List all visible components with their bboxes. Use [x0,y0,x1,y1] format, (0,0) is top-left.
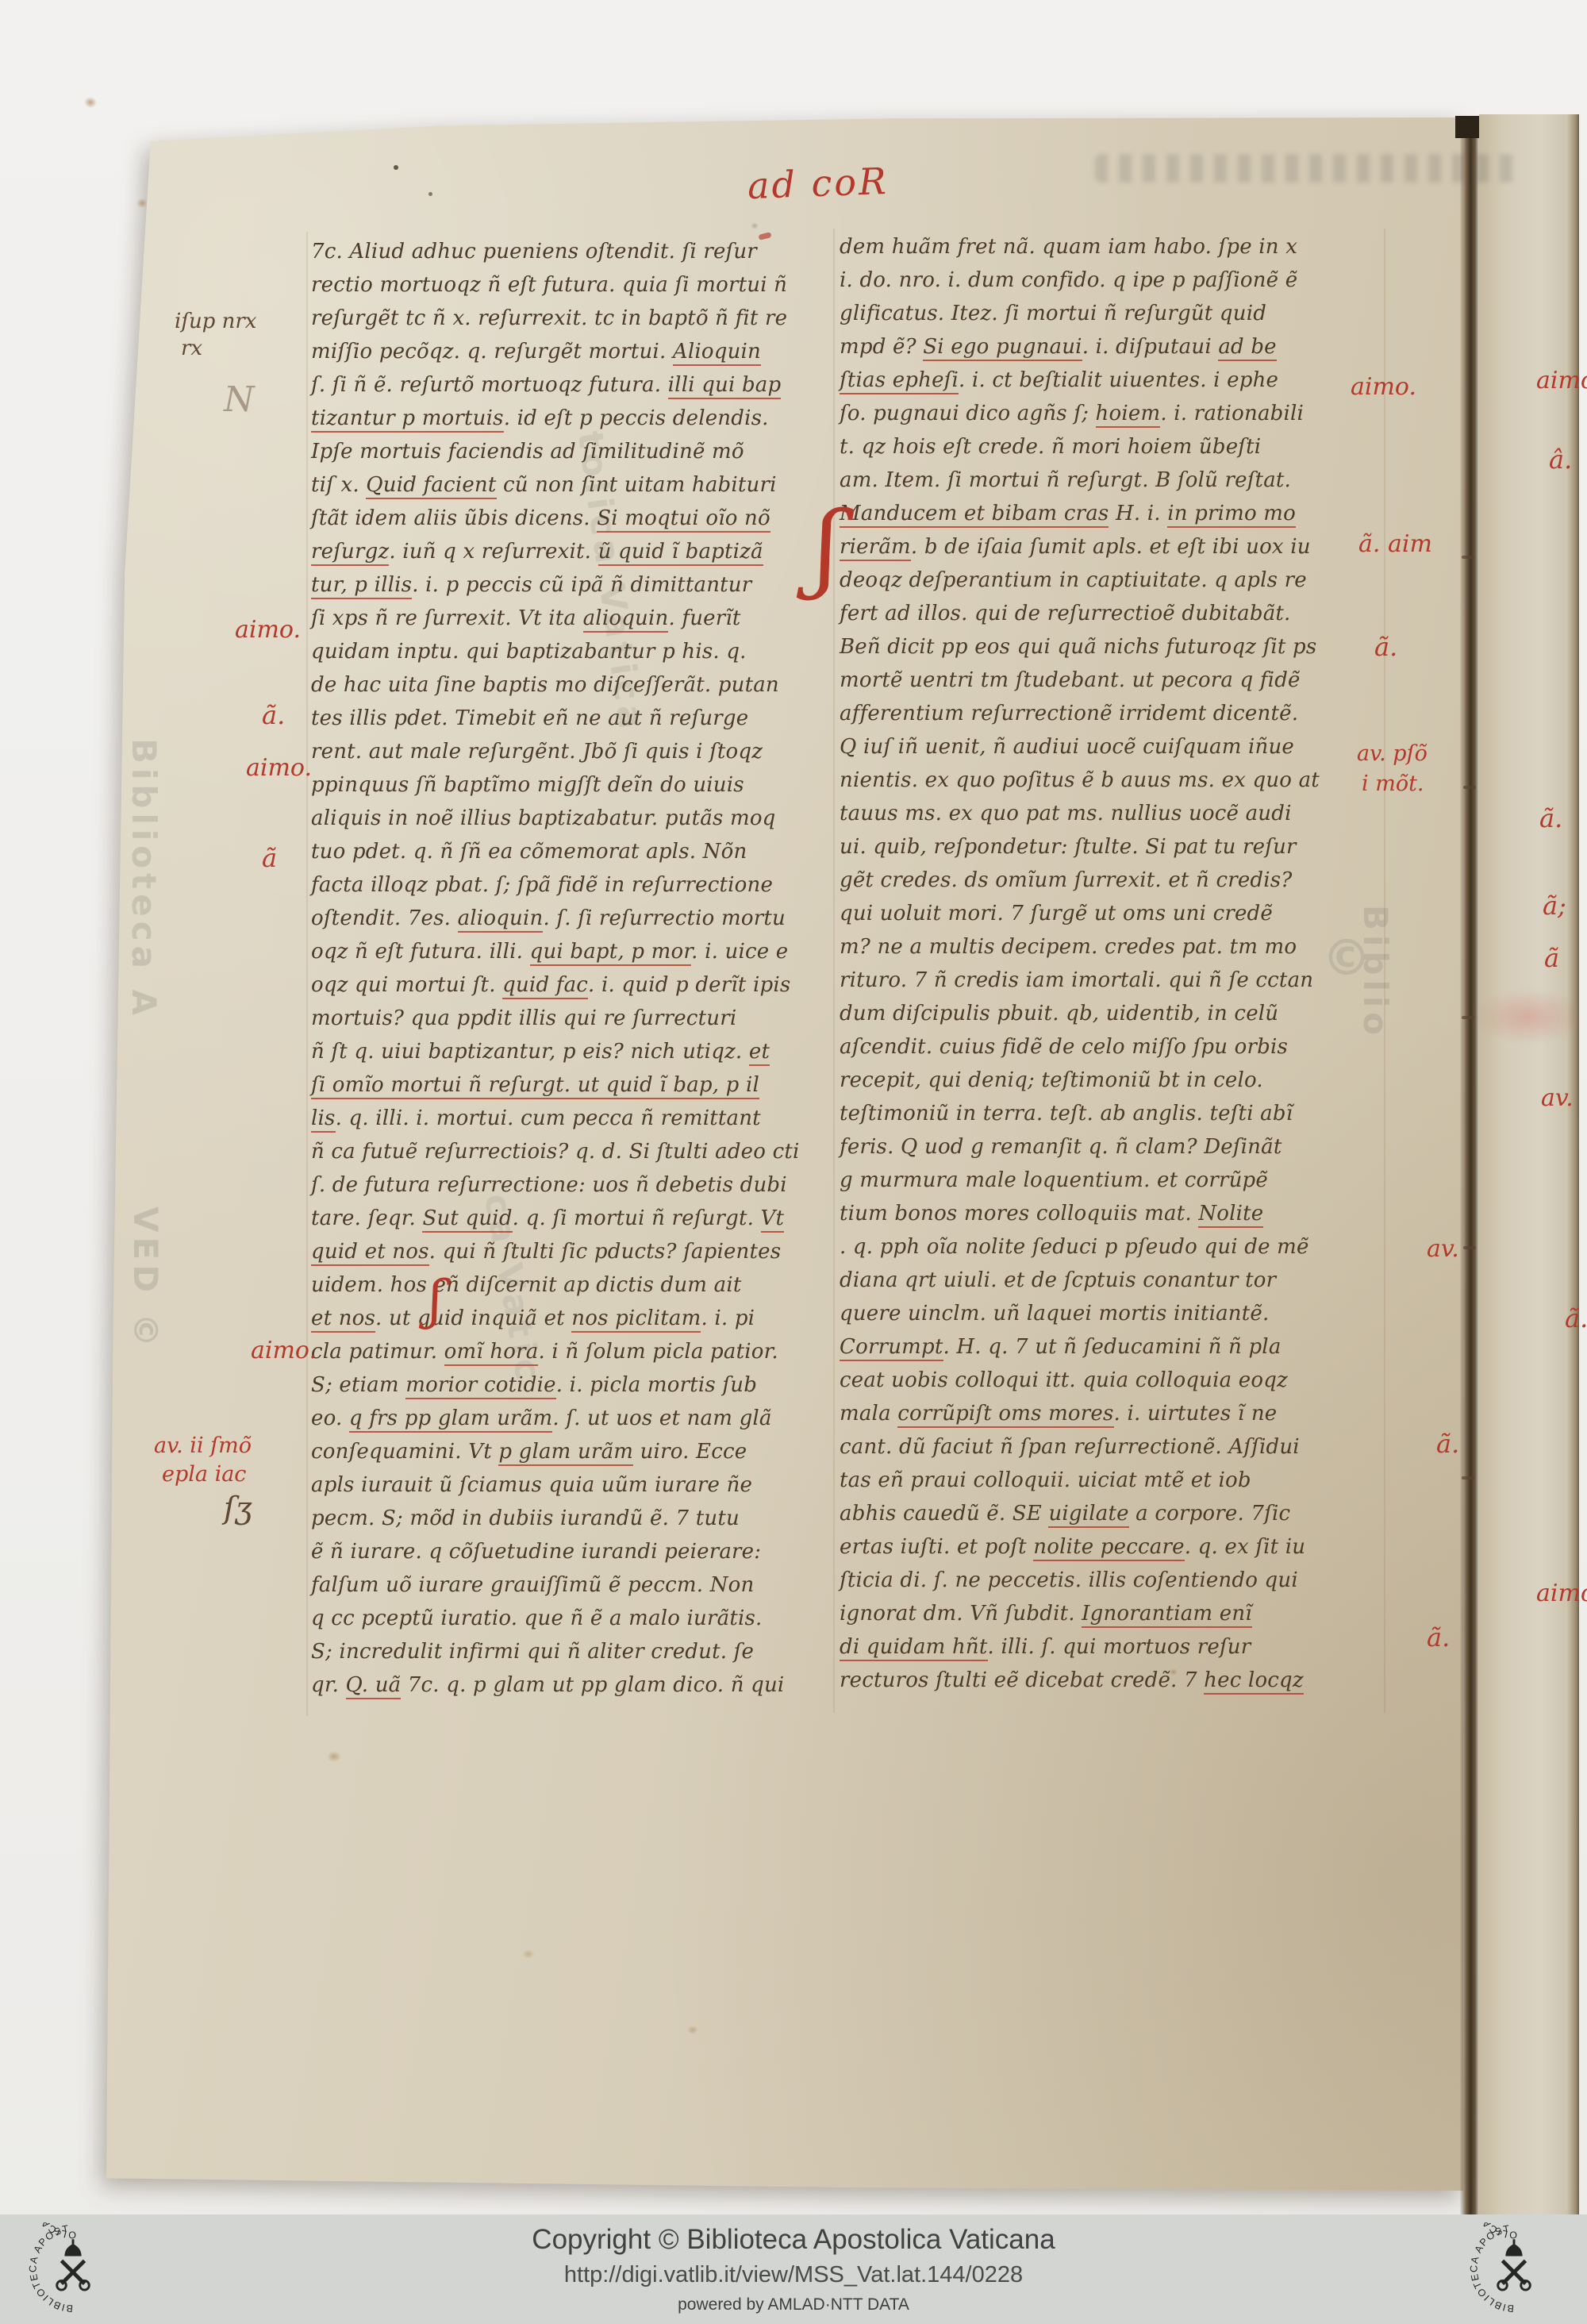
binding-stitch [1462,556,1474,559]
manuscript-line: cant. dũ faciut ñ ſpan reſurrectionẽ. Aſ… [840,1430,1357,1464]
manuscript-line: diana qrt uiuli. et de ſcptuis conantur … [840,1264,1357,1297]
binding-stitch [1463,1246,1476,1249]
manuscript-line: oſtendit. 7es. alioquin. ſ. ſi reſurrect… [311,902,828,935]
manuscript-line: rectio mortuoqz ñ eſt futura. quia ſi mo… [311,268,828,302]
manuscript-line: oqz qui mortui ſt. quid fac. i. quid p d… [311,968,828,1002]
manuscript-line: recturos ſtulti eẽ dicebat credẽ. 7 hec … [840,1664,1357,1697]
manuscript-line: ñ ca futuẽ reſurrectiois? q. d. Si ſtult… [311,1135,828,1168]
manuscript-line: Beñ dicit pp eos qui quã nichs futuroqz … [840,630,1357,664]
stain [687,2026,698,2034]
manuscript-line: . q. pph oĩa nolite ſeduci p pſeudo qui … [840,1230,1357,1264]
vatican-library-stamp-left: BIBLIOTECA APOSTOLICA VATICANA [27,2222,119,2314]
footer-band: Copyright © Biblioteca Apostolica Vatica… [0,2214,1587,2324]
stain [327,1751,341,1762]
text-column-right: dem huãm fret nã. quam iam habo. ſpe in … [840,230,1357,1697]
manuscript-line: m? ne a multis decipem. credes pat. tm m… [840,930,1357,964]
manuscript-line: rituro. 7 ñ credis iam imortali. qui ñ ſ… [840,964,1357,997]
ink-speck [394,165,398,170]
manuscript-line: tium bonos mores colloquiis mat. Nolite [840,1197,1357,1230]
manuscript-line: t. qz hois eſt crede. ñ mori hoiem ũbeſt… [840,430,1357,464]
vatican-library-stamp-right: BIBLIOTECA APOSTOLICA VATICANA [1468,2222,1560,2314]
manuscript-line: glificatus. Itez. ſi mortui ñ reſurgũt q… [840,297,1357,330]
manuscript-line: abhis cauedũ ẽ. SE uigilate a corpore. 7… [840,1497,1357,1530]
manuscript-line: lis. q. illi. i. mortui. cum pecca ñ rem… [311,1102,828,1135]
manuscript-line: ñ ſt q. uiui baptizantur, p eis? nich ut… [311,1035,828,1068]
manuscript-line: ignorat dm. Vñ ſubdit. Ignorantiam enĩ [840,1597,1357,1630]
manuscript-line: ſticia di. ſ. ne peccetis. illis coſenti… [840,1564,1357,1597]
manuscript-line: mortuis? qua ppdit illis qui re ſurrectu… [311,1002,828,1035]
manuscript-line: falſum uõ iurare grauiſſimũ ẽ peccm. Non [311,1568,828,1602]
manuscript-line: qr. Q. uã 7c. q. p glam ut pp glam dico.… [311,1668,828,1702]
margin-note: N [224,379,255,420]
manuscript-line: quere uinclm. uñ laquei mortis initiantẽ… [840,1297,1357,1330]
manuscript-line: tes illis pdet. Timebit eñ ne aut ñ reſu… [311,702,828,735]
stain [84,97,97,108]
manuscript-line: rierãm. b de iſaia ſumit apls. et eſt ib… [840,530,1357,564]
stain [751,222,759,229]
gutter-top-notch [1455,116,1479,138]
tiara-and-keys-icon [57,2239,90,2290]
text-column-left: 7c. Aliud adhuc pueniens oſtendit. ſi re… [311,235,828,1702]
margin-note: aimo. [1351,373,1416,401]
copyright-text: Copyright © Biblioteca Apostolica Vatica… [0,2224,1587,2256]
manuscript-line: am. Item. ſi mortui ñ reſurgt. B ſolũ re… [840,464,1357,497]
margin-note: aimo. [251,1337,317,1364]
manuscript-line: nientis. ex quo poſitus ẽ b auus ms. ex … [840,764,1357,797]
manuscript-line: mala corrũpiſt oms mores. i. uirtutes ĩ … [840,1397,1357,1430]
manuscript-line: dum diſcipulis pbuit. qb, uidentib, in c… [840,997,1357,1030]
manuscript-line: g murmura male loquentium. et corrũpẽ [840,1164,1357,1197]
manuscript-line: cla patimur. omĩ hora. i ñ ſolum picla p… [311,1335,828,1368]
manuscript-line: uidem. hos eñ diſcernit ap dictis dum ai… [311,1268,828,1302]
manuscript-line: mortẽ uentri tm ſtudebant. ut pecora q f… [840,664,1357,697]
margin-note: ã. [1374,632,1397,662]
margin-note: av. [1541,1084,1574,1112]
manuscript-line: ſ. de futura reſurrectione: uos ñ debeti… [311,1168,828,1202]
ruling-line [833,229,835,1713]
manuscript-line: gẽt credes. ds omĩum ſurrexit. et ñ cred… [840,864,1357,897]
margin-note: aimo [1536,1579,1587,1607]
manuscript-line: de hac uita ſine baptis mo diſceſſerãt. … [311,668,828,702]
margin-note: aimo [1536,367,1587,394]
watermark-text: Biblioteca A [125,738,163,1020]
book-gutter [1460,116,1479,2214]
facing-page-edge [1479,114,1579,2214]
margin-note: ã. [262,700,285,730]
margin-note: ſʒ [224,1491,252,1526]
digitized-manuscript-scan: ad coR 7c. Aliud adhuc pueniens oſtendit… [0,0,1587,2324]
margin-note: ʃ [814,505,840,591]
manuscript-line: pecm. S; mõd in dubiis iurandũ ẽ. 7 tutu [311,1502,828,1535]
manuscript-line: q cc pceptũ iuratio. que ñ ẽ a malo iurã… [311,1602,828,1635]
manuscript-line: rent. aut male reſurgẽnt. Jbõ ſi quis i … [311,735,828,768]
manuscript-line: aſcendit. cuius fidẽ de celo miſſo ſpu o… [840,1030,1357,1064]
manuscript-line: 7c. Aliud adhuc pueniens oſtendit. ſi re… [311,235,828,268]
powered-by-text: powered by AMLAD·NTT DATA [0,2295,1587,2314]
margin-note: aimo. [235,616,301,644]
red-stamp-smudge [1476,989,1581,1045]
margin-note: ã; [1543,891,1566,921]
manuscript-line: fert ad illos. qui de reſurrectioẽ dubit… [840,597,1357,630]
manuscript-line: ſi xps ñ re ſurrexit. Vt ita alioquin. f… [311,602,828,635]
stain [1170,1668,1178,1676]
manuscript-line: reſurgz. iuñ q x reſurrexit. ũ quid ĩ ba… [311,535,828,568]
source-url: http://digi.vatlib.it/view/MSS_Vat.lat.1… [0,2262,1587,2288]
margin-note: ã. [1436,1429,1459,1459]
manuscript-line: aliquis in noẽ illius baptizabatur. putã… [311,802,828,835]
manuscript-line: miſſio pecõqz. q. reſurgẽt mortui. Alioq… [311,335,828,368]
binding-stitch [1462,1476,1474,1479]
margin-note: av. pſõ [1357,741,1428,766]
margin-note: aimo. [246,754,312,782]
manuscript-line: di quidam hñt. illi. ſ. qui mortuos reſu… [840,1630,1357,1664]
binding-stitch [1463,786,1476,789]
margin-note: i mõt. [1362,771,1424,796]
margin-note: av. [1427,1235,1459,1263]
manuscript-line: tare. ſeqr. Sut quid. q. ſi mortui ñ reſ… [311,1202,828,1235]
margin-note: ʃ [428,1276,443,1323]
ink-speck [428,192,432,196]
margin-note: ã [1544,943,1559,973]
tiara-and-keys-icon [1498,2239,1531,2290]
stain [136,198,148,208]
manuscript-line: ppinquus ſñ baptĩmo migſſt deĩn do uiuis [311,768,828,802]
manuscript-line: tizantur p mortuis. id eſt p peccis dele… [311,402,828,435]
manuscript-line: quidam inptu. qui baptizabantur p his. q… [311,635,828,668]
manuscript-line: ertas iuſti. et poſt nolite peccare. q. … [840,1530,1357,1564]
margin-note: ã. [1539,803,1562,833]
manuscript-line: S; etiam morior cotidie. i. picla mortis… [311,1368,828,1402]
manuscript-line: facta illoqz pbat. ſ; ſpã fidẽ in reſurr… [311,868,828,902]
manuscript-line: tauus ms. ex quo pat ms. nullius uocẽ au… [840,797,1357,830]
binding-stitch [1462,1016,1474,1019]
ruling-line [306,232,308,1716]
manuscript-line: Manducem et bibam cras H. i. in primo mo [840,497,1357,530]
manuscript-line: tuo pdet. q. ñ ſñ ea cõmemorat apls. Nõn [311,835,828,868]
manuscript-line: afferentium reſurrectionẽ irridemt dicen… [840,697,1357,730]
running-title: ad coR [747,160,889,207]
manuscript-line: tiſ x. Quid facient cũ non ſint uitam ha… [311,468,828,502]
watermark-text: © [1322,929,1376,987]
margin-note: rx [181,337,202,360]
manuscript-line: i. do. nro. i. dum confido. q ipe p paſſ… [840,264,1357,297]
margin-note: epla iac [162,1462,246,1487]
manuscript-line: oqz ñ eſt futura. illi. qui bapt, p mor.… [311,935,828,968]
manuscript-line: recepit, qui deniq; teſtimoniũ bt in cel… [840,1064,1357,1097]
margin-note: ã [262,843,277,873]
manuscript-line: ſtias epheſi. i. ct beſtialit uiuentes. … [840,364,1357,397]
manuscript-line: ſi omĩo mortui ñ reſurgt. ut quid ĩ bap,… [311,1068,828,1102]
manuscript-line: apls iurauit ũ ſciamus quia uũm iurare ñ… [311,1468,828,1502]
manuscript-line: feris. Q uod g remanſit q. ñ clam? Deſin… [840,1130,1357,1164]
margin-note: ã. aim [1358,530,1432,558]
manuscript-line: ui. quib, reſpondetur: ſtulte. Si pat tu… [840,830,1357,864]
margin-note: ã. [1427,1622,1450,1653]
manuscript-line: quid et nos. qui ñ ſtulti ſic pducts? ſa… [311,1235,828,1268]
watermark-text: VED © [126,1206,165,1352]
manuscript-line: S; incredulit infirmi qui ñ aliter credu… [311,1635,828,1668]
margin-note: iſup nrx [175,310,256,333]
manuscript-line: teſtimoniũ in terra. teſt. ab anglis. te… [840,1097,1357,1130]
manuscript-line: ẽ ñ iurare. q cõſuetudine iurandi peiera… [311,1535,828,1568]
margin-note: â. [1549,444,1572,475]
manuscript-line: ſtãt idem aliis ũbis dicens. Si moqtui o… [311,502,828,535]
manuscript-line: ſ. ſi ñ ẽ. reſurtõ mortuoqz futura. illi… [311,368,828,402]
manuscript-line: Corrumpt. H. q. 7 ut ñ ſeducamini ñ ñ pl… [840,1330,1357,1364]
manuscript-line: reſurgẽt tc ñ x. reſurrexit. tc in baptõ… [311,302,828,335]
manuscript-line: dem huãm fret nã. quam iam habo. ſpe in … [840,230,1357,264]
margin-note: ã. [1565,1303,1587,1333]
margin-note: av. ii ſmõ [154,1433,252,1458]
manuscript-line: et nos. ut quid inquiã et nos piclitam. … [311,1302,828,1335]
manuscript-line: ſo. pugnaui dico agñs ſ; hoiem. i. ratio… [840,397,1357,430]
manuscript-line: conſequamini. Vt p glam urãm uiro. Ecce [311,1435,828,1468]
ink-offset-ghost [1095,154,1516,183]
stain [522,1949,535,1959]
manuscript-line: ceat uobis colloqui itt. quia colloquia … [840,1364,1357,1397]
manuscript-line: tur, p illis. i. p peccis cũ ipã ñ dimit… [311,568,828,602]
manuscript-line: qui uoluit mori. 7 ſurgẽ ut oms uni cred… [840,897,1357,930]
manuscript-line: tas eñ praui colloquii. uiciat mtẽ et io… [840,1464,1357,1497]
manuscript-line: deoqz deſperantium in captiuitate. q apl… [840,564,1357,597]
manuscript-line: Q iuſ iñ uenit, ñ audiui uocẽ cuiſquam i… [840,730,1357,764]
manuscript-line: mpd ẽ? Si ego pugnaui. i. diſputaui ad b… [840,330,1357,364]
manuscript-line: eo. q frs pp glam urãm. ſ. ut uos et nam… [311,1402,828,1435]
